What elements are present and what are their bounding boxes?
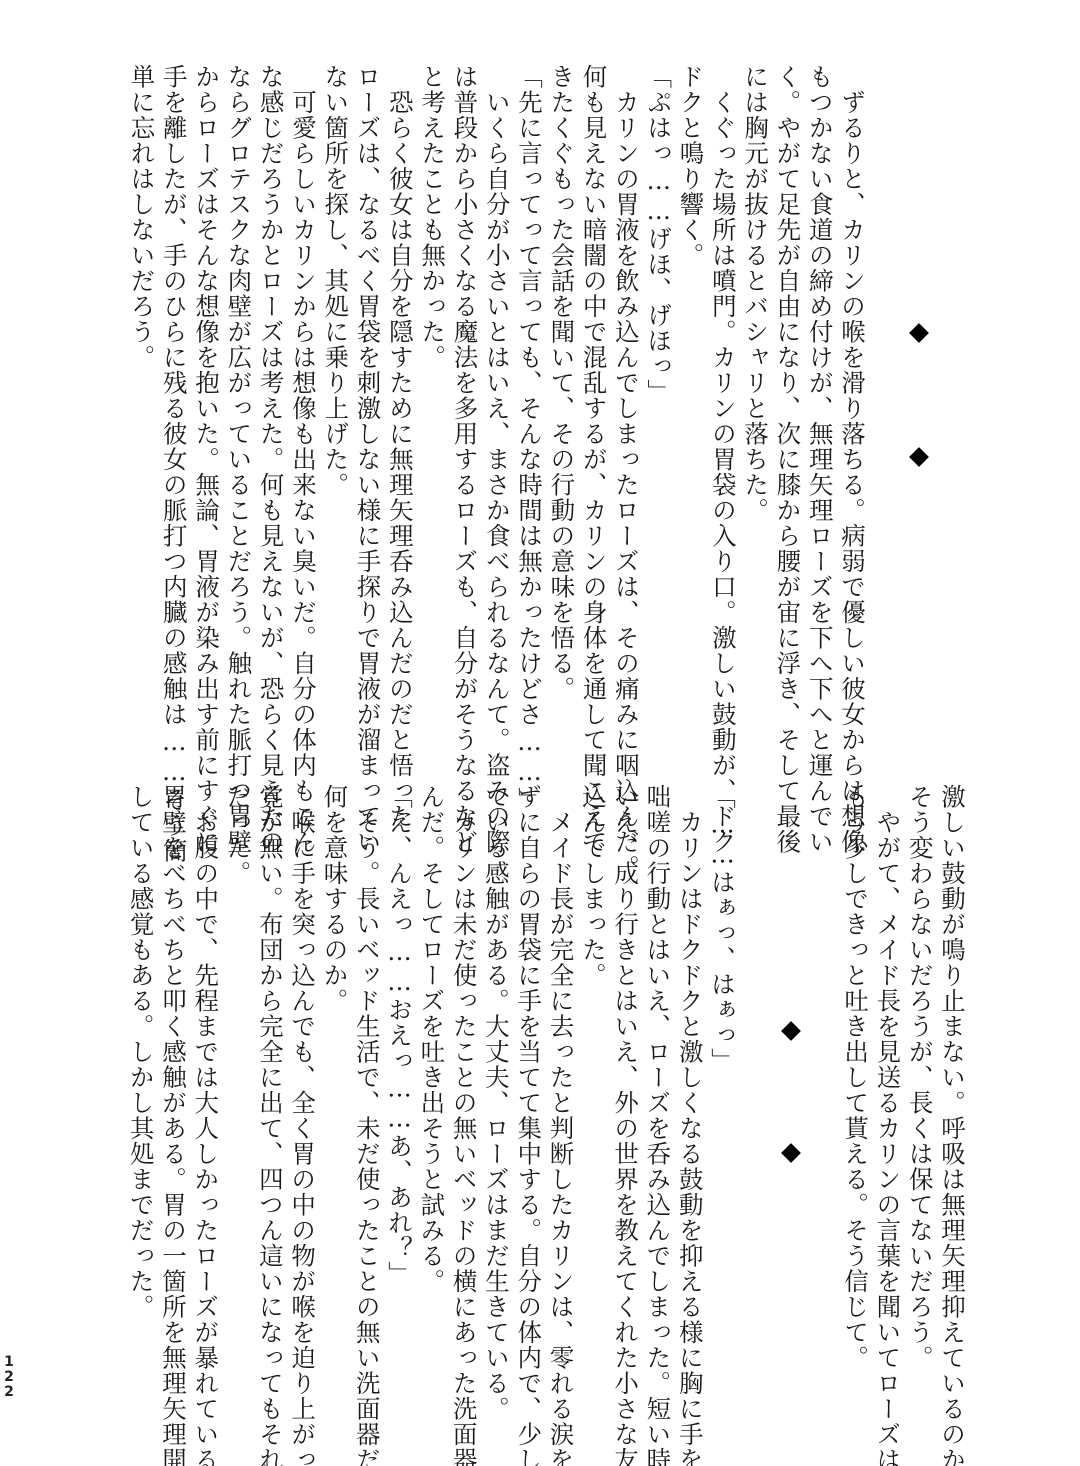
text-column: やがて、メイド長を見送るカリンの言葉を聞いてローズは安堵した。 xyxy=(871,784,903,1444)
text-column: 込んでしまった。 xyxy=(577,784,609,1444)
text-column: いえ、成り行きとはいえ、外の世界を教えてくれた小さな友達を呑み xyxy=(609,784,641,1444)
text-column: ずるりと、カリンの喉を滑り落ちる。病弱で優しい彼女からは想像 xyxy=(836,64,868,744)
dialogue-column: 「先に言ってって言っても、そんな時間は無かったけどさ……」 xyxy=(513,64,545,744)
text-column: く。やがて足先が自由になり、次に膝から腰が宙に浮き、そして最後 xyxy=(771,64,803,744)
text-column: んだ。そしてローズを吐き出そうと試みる。 xyxy=(415,784,447,1444)
text-column: 単に忘れはしないだろう。 xyxy=(125,64,157,744)
text-column: カリンの胃液を飲み込んでしまったローズは、その痛みに咽込んだ。 xyxy=(610,64,642,744)
text-column: きたくぐもった会話を聞いて、その行動の意味を悟る。 xyxy=(545,64,577,744)
text-column: だった。 xyxy=(221,784,253,1444)
page-number-digit: 2 xyxy=(4,1370,14,1385)
text-column: と考えたことも無かった。 xyxy=(416,64,448,744)
text-column: くぐった場所は噴門。カリンの胃袋の入り口。激しい鼓動が、ドク xyxy=(707,64,739,744)
text-column: そう変わらないだろうが、長くは保てないだろう。 xyxy=(903,784,935,1444)
text-column: ずに自らの胃袋に手を当てて集中する。自分の体内で、少しだけ動い xyxy=(512,784,544,1444)
text-column: カリンは未だ使ったことの無いベッドの横にあった洗面器を手に掴 xyxy=(447,784,479,1444)
text-column: 胃壁をべちべちと叩く感触がある。胃の一箇所を無理矢理開けようと xyxy=(157,784,189,1444)
text-column: 手を離したが、手のひらに残る彼女の脈打つ内臓の感触は……そう簡 xyxy=(157,64,189,744)
bottom-text-block-upper: 激しい鼓動が鳴り止まない。呼吸は無理矢理抑えているのか普段と そう変わらないだろ… xyxy=(839,784,968,1444)
page-number-digit: 2 xyxy=(4,1385,14,1400)
text-column: ている感触がある。大丈夫、ローズはまだ生きている。 xyxy=(480,784,512,1444)
text-column: もつかない食道の締め付けが、無理矢理ローズを下へ下へと運んでい xyxy=(803,64,835,744)
scene-break-diamond-icon xyxy=(781,1021,801,1041)
text-column: ならグロテスクな肉壁が広がっていることだろう。触れた脈打つ胃壁 xyxy=(222,64,254,744)
text-column: ない箇所を探し、其処に乗り上げた。 xyxy=(319,64,351,744)
text-column: ドクと鳴り響く。 xyxy=(674,64,706,744)
scene-break-diamond-icon xyxy=(781,1143,801,1163)
text-column: 喉に手を突っ込んでも、全く胃の中の物が喉を迫り上がってくる感 xyxy=(286,784,318,1444)
text-column: もう少しできっと吐き出して貰える。そう信じて。 xyxy=(839,784,871,1444)
page-number-digit: 1 xyxy=(4,1355,14,1370)
text-column: 覚が無い。布団から完全に出て、四つん這いになってもそれは同じ xyxy=(254,784,286,1444)
text-column: 何も見えない暗闇の中で混乱するが、カリンの身体を通して聞こえて xyxy=(577,64,609,744)
text-column: 咄嗟の行動とはいえ、ローズを呑み込んでしまった。短い時間とは xyxy=(641,784,673,1444)
text-column: な感じだろうかとローズは考えた。何も見えないが、恐らく見えたの xyxy=(254,64,286,744)
dialogue-column: 「え、んえっ……おえっ……あ、あれ？」 xyxy=(383,784,415,1444)
dialogue-column: 「ぷはっ……げほ、げほっ」 xyxy=(642,64,674,744)
page-number: 1 2 2 xyxy=(4,1355,14,1400)
text-column: カリンはドクドクと激しくなる鼓動を抑える様に胸に手をあてる。 xyxy=(673,784,705,1444)
text-column: している感覚もある。しかし其処までだった。 xyxy=(124,784,156,1444)
text-column: は普段から小さくなる魔法を多用するローズも、自分がそうなるなど xyxy=(448,64,480,744)
text-column: いくら自分が小さいとはいえ、まさか食べられるなんて。盗みの際 xyxy=(480,64,512,744)
text-column: からローズはそんな想像を抱いた。無論、胃液が染み出す前にすぐに xyxy=(190,64,222,744)
dialogue-column: 「……はぁっ、はぁっ」 xyxy=(706,784,738,1444)
text-column: お腹の中で、先程までは大人しかったローズが暴れている。自分の xyxy=(189,784,221,1444)
text-column: には胸元が抜けるとバシャリと落ちた。 xyxy=(739,64,771,744)
scene-break-diamond-icon xyxy=(909,447,929,467)
text-column: 可愛らしいカリンからは想像も出来ない臭いだ。自分の体内もこん xyxy=(287,64,319,744)
bottom-text-block-lower: 「……はぁっ、はぁっ」 カリンはドクドクと激しくなる鼓動を抑える様に胸に手をあて… xyxy=(124,784,738,1444)
text-column: 何を意味するのか。 xyxy=(318,784,350,1444)
scene-break-diamond-icon xyxy=(909,323,929,343)
text-column: そう。長いベッド生活で、未だ使ったことの無い洗面器だ。それが xyxy=(350,784,382,1444)
text-column: 恐らく彼女は自分を隠すために無理矢理呑み込んだのだと悟った xyxy=(384,64,416,744)
top-text-block: ずるりと、カリンの喉を滑り落ちる。病弱で優しい彼女からは想像 もつかない食道の締… xyxy=(125,64,868,744)
text-column: メイド長が完全に去ったと判断したカリンは、零れる涙を拭いもせ xyxy=(544,784,576,1444)
text-column: 激しい鼓動が鳴り止まない。呼吸は無理矢理抑えているのか普段と xyxy=(936,784,968,1444)
text-column: ローズは、なるべく胃袋を刺激しない様に手探りで胃液が溜まってい xyxy=(351,64,383,744)
